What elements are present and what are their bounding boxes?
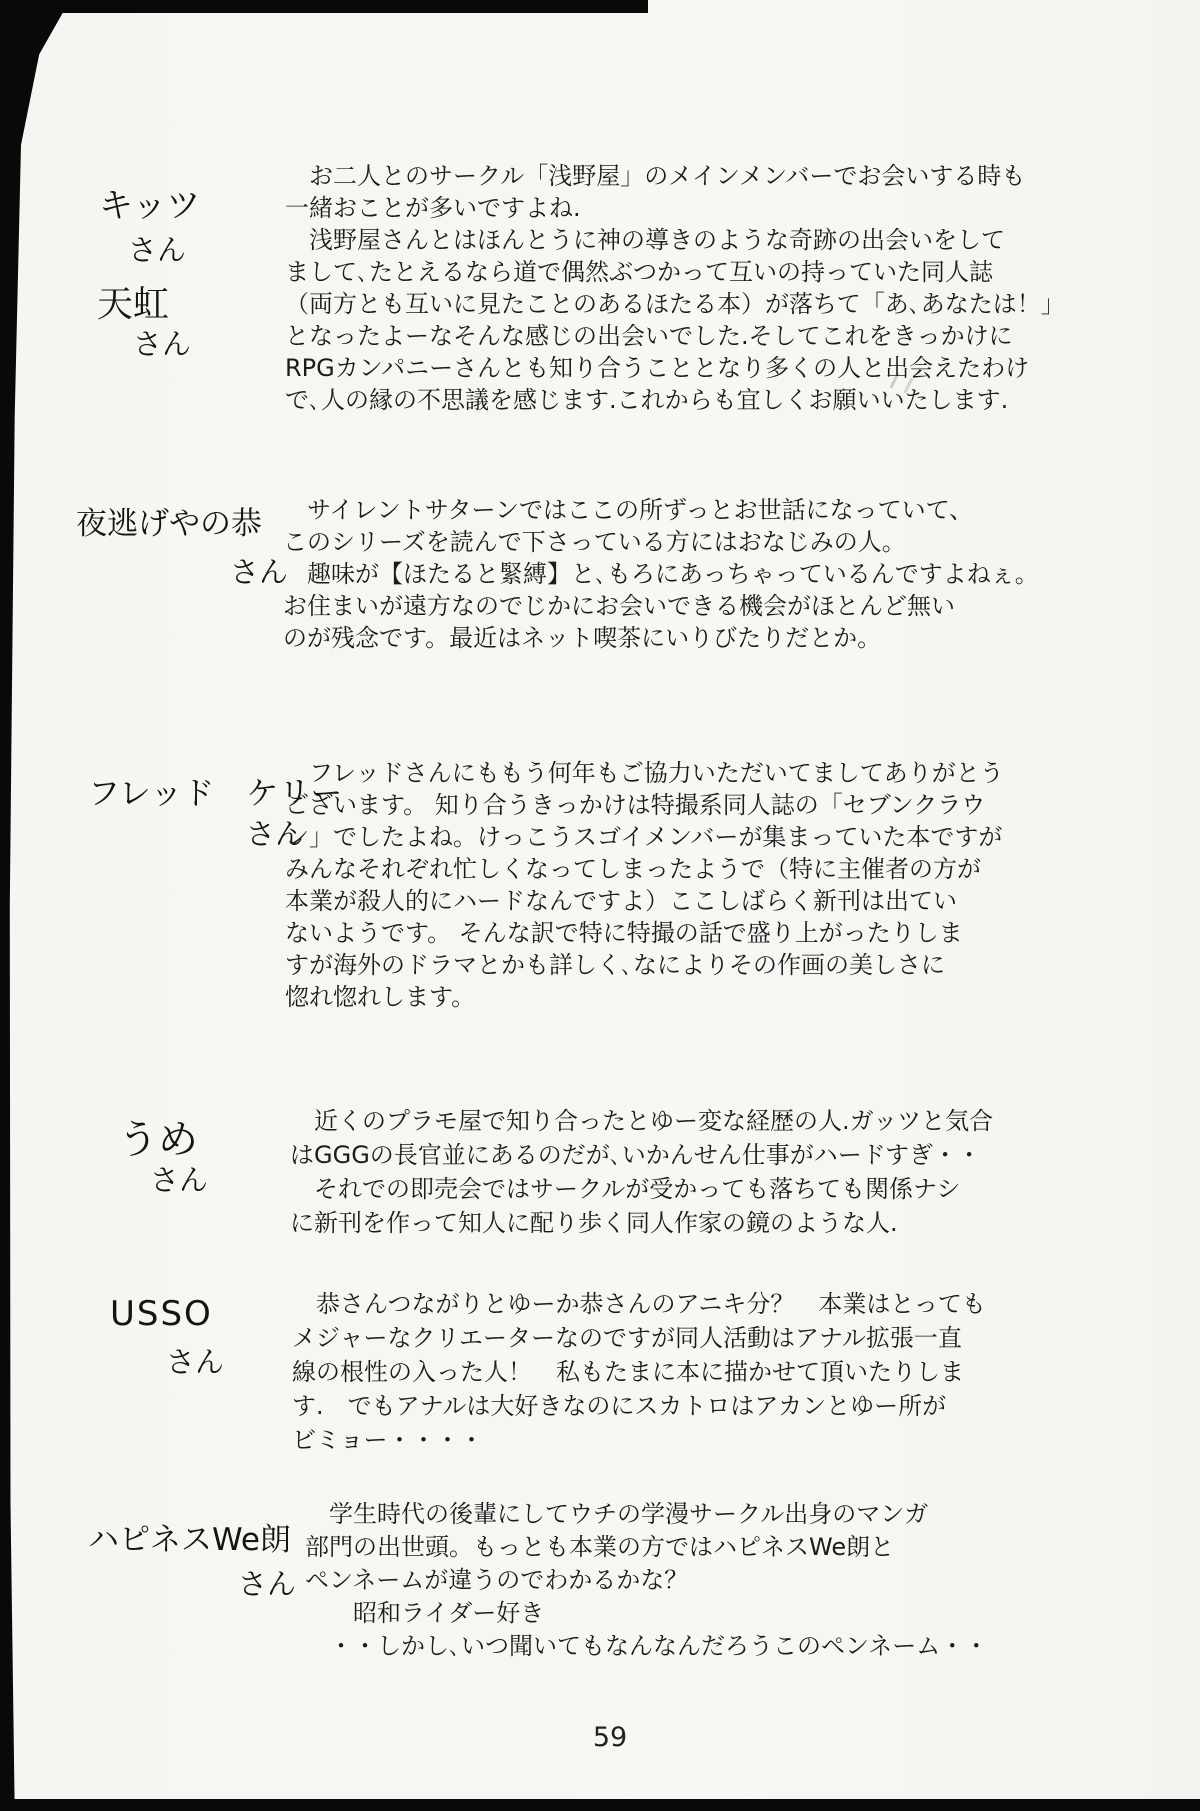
guest-name: USSO: [110, 1294, 213, 1334]
scanned-document-page: キッツ さん 天虹 さん お二人とのサークル「浅野屋」のメインメンバーでお会いす…: [0, 0, 1200, 1811]
guest-name: ハピネスWe朗: [88, 1514, 291, 1559]
guest-comment: サイレントサターンではここの所ずっとお世話になっていて、 このシリーズを読んで下…: [283, 494, 1039, 654]
guest-honorific: さん: [230, 550, 288, 591]
guest-name: 夜逃げやの恭: [76, 498, 262, 543]
guest-honorific: さん: [238, 1562, 296, 1603]
guest-honorific: さん: [166, 1340, 224, 1381]
guest-comment: 学生時代の後輩にしてウチの学漫サークル出身のマンガ 部門の出世頭。もっとも本業の…: [305, 1498, 988, 1663]
page-number: 59: [570, 1722, 650, 1753]
guest-comment: フレッドさんにももう何年もご協力いただいてましてありがとう ございます。 知り合…: [285, 757, 1004, 1013]
scan-edge-left: [0, 0, 70, 1811]
guest-comment: お二人とのサークル「浅野屋」のメインメンバーでお会いする時も 一緒おことが多いで…: [285, 160, 1065, 416]
guest-honorific: さん: [133, 322, 191, 363]
guest-honorific: さん: [150, 1158, 208, 1199]
scan-edge-bottom: [0, 1799, 1200, 1811]
guest-comment: 恭さんつながりとゆーか恭さんのアニキ分？ 本業はとっても メジャーなクリエーター…: [292, 1287, 986, 1457]
guest-name: キッツ: [99, 178, 200, 227]
guest-name: うめ: [118, 1108, 198, 1165]
guest-honorific: さん: [128, 228, 186, 269]
guest-comment: 近くのプラモ屋で知り合ったとゆー変な経歴の人.ガッツと気合 はGGGの長官並にあ…: [290, 1104, 993, 1240]
guest-name: 天虹: [97, 276, 169, 327]
scan-edge-top: [0, 0, 648, 13]
